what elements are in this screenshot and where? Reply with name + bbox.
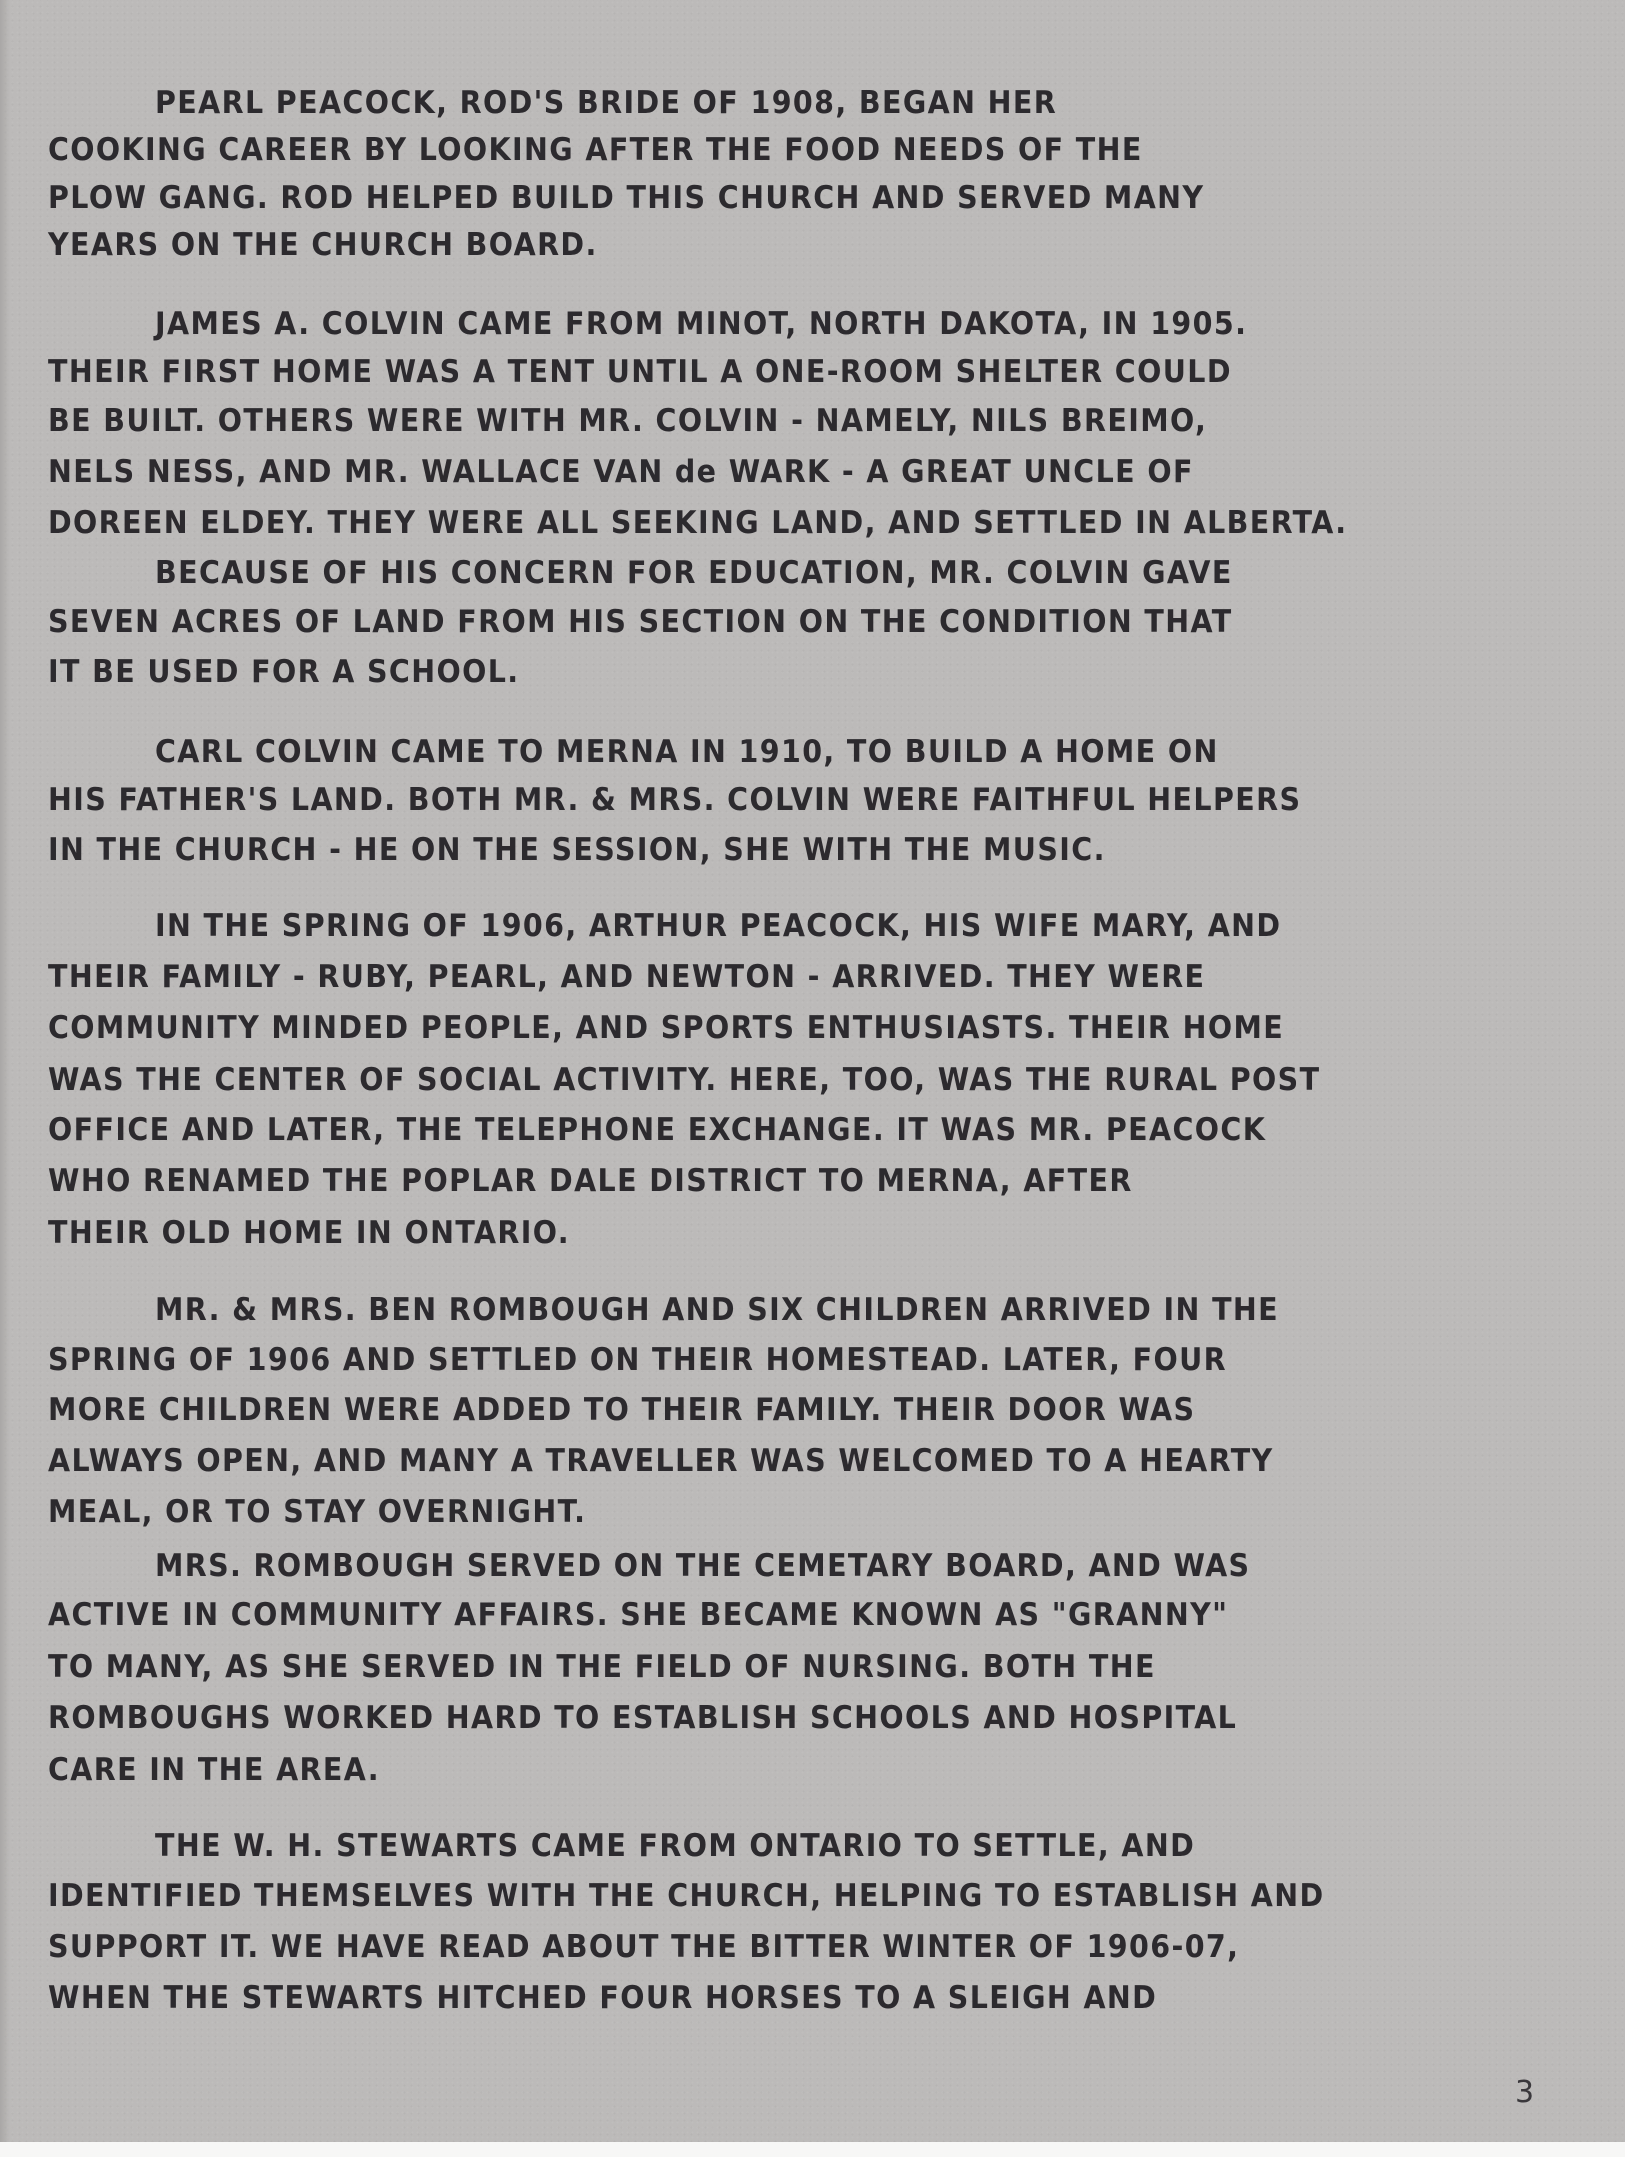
paragraph-7-line-5: CARE IN THE AREA. <box>48 1755 380 1786</box>
paragraph-3-line-2: SEVEN ACRES OF LAND FROM HIS SECTION ON … <box>48 607 1233 638</box>
paragraph-2-line-2: THEIR FIRST HOME WAS A TENT UNTIL A ONE-… <box>48 357 1232 388</box>
paragraph-7-line-4: ROMBOUGHS WORKED HARD TO ESTABLISH SCHOO… <box>48 1703 1237 1734</box>
paragraph-5-line-7: THEIR OLD HOME IN ONTARIO. <box>48 1218 570 1249</box>
paragraph-1-line-4: YEARS ON THE CHURCH BOARD. <box>48 230 598 261</box>
page-number: 3 <box>1515 2075 1534 2110</box>
paragraph-8-line-3: SUPPORT IT. WE HAVE READ ABOUT THE BITTE… <box>48 1932 1239 1963</box>
paragraph-6-line-5: MEAL, OR TO STAY OVERNIGHT. <box>48 1497 586 1528</box>
paragraph-7-line-1: MRS. ROMBOUGH SERVED ON THE CEMETARY BOA… <box>155 1551 1250 1582</box>
paragraph-3-line-3: IT BE USED FOR A SCHOOL. <box>48 657 520 688</box>
paragraph-6-line-3: MORE CHILDREN WERE ADDED TO THEIR FAMILY… <box>48 1395 1195 1426</box>
paragraph-5-line-1: IN THE SPRING OF 1906, ARTHUR PEACOCK, H… <box>155 911 1281 942</box>
paragraph-1-line-3: PLOW GANG. ROD HELPED BUILD THIS CHURCH … <box>48 183 1204 214</box>
paragraph-5-line-3: COMMUNITY MINDED PEOPLE, AND SPORTS ENTH… <box>48 1013 1284 1044</box>
paragraph-5-line-2: THEIR FAMILY - RUBY, PEARL, AND NEWTON -… <box>48 962 1205 993</box>
paragraph-4-line-1: CARL COLVIN CAME TO MERNA IN 1910, TO BU… <box>155 737 1219 768</box>
paragraph-4-line-2: HIS FATHER'S LAND. BOTH MR. & MRS. COLVI… <box>48 785 1301 816</box>
paragraph-2-line-4: NELS NESS, AND MR. WALLACE VAN de WARK -… <box>48 457 1194 488</box>
handwritten-page: PEARL PEACOCK, ROD'S BRIDE OF 1908, BEGA… <box>0 0 1625 2142</box>
paragraph-2-line-3: BE BUILT. OTHERS WERE WITH MR. COLVIN - … <box>48 406 1207 437</box>
paragraph-4-line-3: IN THE CHURCH - HE ON THE SESSION, SHE W… <box>48 835 1106 866</box>
paragraph-1-line-2: COOKING CAREER BY LOOKING AFTER THE FOOD… <box>48 135 1143 166</box>
paragraph-6-line-4: ALWAYS OPEN, AND MANY A TRAVELLER WAS WE… <box>48 1446 1274 1477</box>
paragraph-8-line-1: THE W. H. STEWARTS CAME FROM ONTARIO TO … <box>155 1831 1195 1862</box>
paragraph-5-line-4: WAS THE CENTER OF SOCIAL ACTIVITY. HERE,… <box>48 1065 1320 1096</box>
paragraph-2-line-1: JAMES A. COLVIN CAME FROM MINOT, NORTH D… <box>155 309 1247 340</box>
paragraph-6-line-2: SPRING OF 1906 AND SETTLED ON THEIR HOME… <box>48 1345 1227 1376</box>
paragraph-3-line-1: BECAUSE OF HIS CONCERN FOR EDUCATION, MR… <box>155 558 1233 589</box>
paragraph-8-line-2: IDENTIFIED THEMSELVES WITH THE CHURCH, H… <box>48 1881 1325 1912</box>
paragraph-8-line-4: WHEN THE STEWARTS HITCHED FOUR HORSES TO… <box>48 1983 1157 2014</box>
paragraph-2-line-5: DOREEN ELDEY. THEY WERE ALL SEEKING LAND… <box>48 508 1348 539</box>
paragraph-7-line-2: ACTIVE IN COMMUNITY AFFAIRS. SHE BECAME … <box>48 1600 1228 1631</box>
scan-bottom-margin <box>0 2142 1625 2157</box>
paragraph-5-line-6: WHO RENAMED THE POPLAR DALE DISTRICT TO … <box>48 1166 1133 1197</box>
paragraph-5-line-5: OFFICE AND LATER, THE TELEPHONE EXCHANGE… <box>48 1115 1266 1146</box>
paragraph-1-line-1: PEARL PEACOCK, ROD'S BRIDE OF 1908, BEGA… <box>155 88 1057 119</box>
paragraph-6-line-1: MR. & MRS. BEN ROMBOUGH AND SIX CHILDREN… <box>155 1295 1279 1326</box>
paragraph-7-line-3: TO MANY, AS SHE SERVED IN THE FIELD OF N… <box>48 1652 1156 1683</box>
